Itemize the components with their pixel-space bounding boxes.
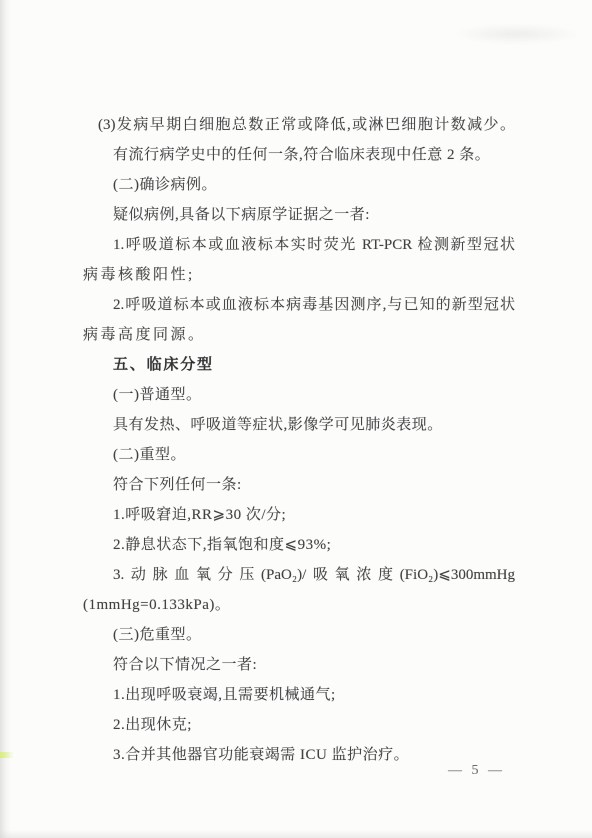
doc-line: 符合下列任何一条: [83, 470, 515, 500]
doc-line: (3)发病早期白细胞总数正常或降低,或淋巴细胞计数减少。 [83, 110, 515, 140]
doc-line: 具有发热、呼吸道等症状,影像学可见肺炎表现。 [83, 410, 515, 440]
doc-line: 有流行病学史中的任何一条,符合临床表现中任意 2 条。 [83, 140, 515, 170]
doc-line: 病毒高度同源。 [83, 320, 515, 350]
doc-line: (一)普通型。 [83, 380, 515, 410]
document-body: (3)发病早期白细胞总数正常或降低,或淋巴细胞计数减少。 有流行病学史中的任何一… [0, 110, 592, 770]
doc-line: (二)确诊病例。 [83, 170, 515, 200]
doc-line: 2.静息状态下,指氧饱和度⩽93%; [83, 530, 515, 560]
scan-smudge [452, 24, 582, 44]
doc-line: 1.出现呼吸衰竭,且需要机械通气; [83, 680, 515, 710]
doc-line: 2.出现休克; [83, 710, 515, 740]
doc-line: 1.呼吸道标本或血液标本实时荧光 RT-PCR 检测新型冠状 [83, 230, 515, 260]
page-number: — 5 — [448, 761, 505, 781]
doc-line: 3.动脉血氧分压(PaO₂)/吸氧浓度(FiO₂)⩽300mmHg [83, 560, 515, 590]
scan-bottom-edge-shadow [0, 830, 592, 838]
doc-line: 符合以下情况之一者: [83, 650, 515, 680]
doc-line: (1mmHg=0.133kPa)。 [83, 590, 515, 620]
doc-line: 病毒核酸阳性; [83, 260, 515, 290]
doc-line: 2.呼吸道标本或血液标本病毒基因测序,与已知的新型冠状 [83, 290, 515, 320]
doc-line: 1.呼吸窘迫,RR⩾30 次/分; [83, 500, 515, 530]
doc-line: (二)重型。 [83, 440, 515, 470]
scanned-document-page: (3)发病早期白细胞总数正常或降低,或淋巴细胞计数减少。 有流行病学史中的任何一… [0, 0, 592, 838]
doc-line: (三)危重型。 [83, 620, 515, 650]
section-heading: 五、临床分型 [83, 350, 515, 380]
doc-line: 疑似病例,具备以下病原学证据之一者: [83, 200, 515, 230]
